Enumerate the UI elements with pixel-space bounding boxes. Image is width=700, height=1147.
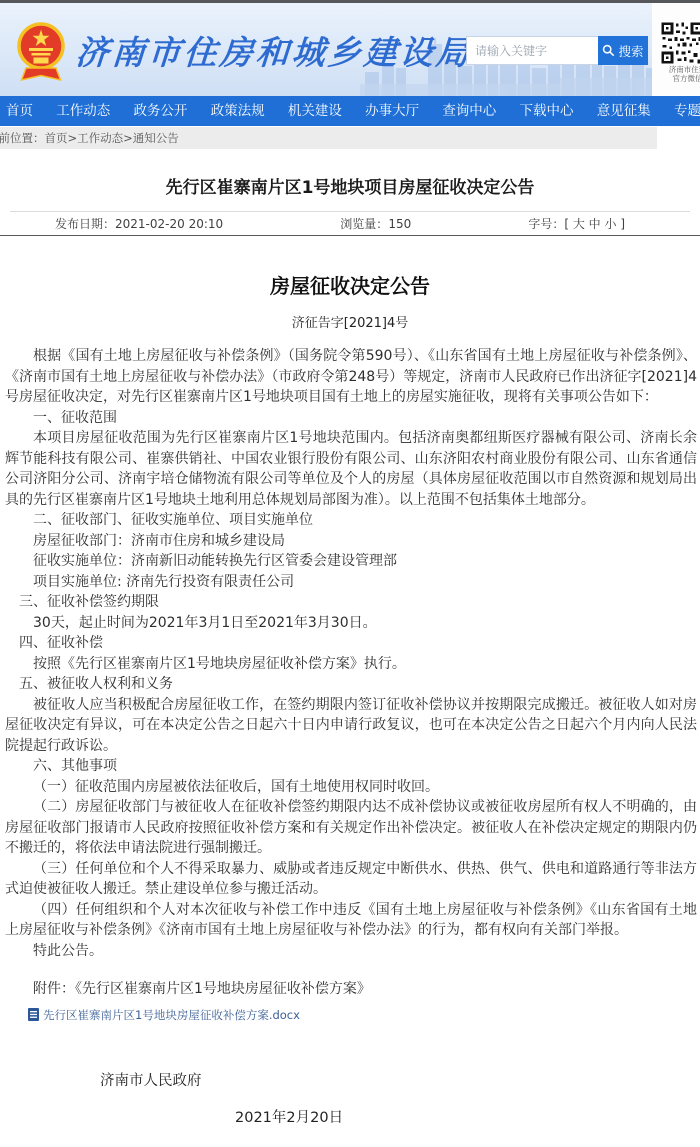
body-paragraph: 二、征收部门、征收实施单位、项目实施单位 [5, 510, 697, 531]
body-paragraph: 本项目房屋征收范围为先行区崔寨南片区1号地块范围内。包括济南奥都纽斯医疗器械有限… [5, 428, 697, 510]
qr-caption-line1: 济南市住建 [660, 65, 700, 74]
article-meta: 发布日期：2021-02-20 20:10 浏览量：150 字号：[ 大 中 小… [0, 212, 700, 235]
nav-item[interactable]: 首页 [6, 96, 33, 126]
nav-item[interactable]: 工作动态 [56, 96, 110, 126]
nav-item[interactable]: 下载中心 [520, 96, 574, 126]
breadcrumb-label: 当前位置： [0, 130, 45, 146]
search-button-label: 搜索 [618, 42, 643, 60]
body-paragraph: 一、征收范围 [5, 408, 697, 429]
site-logo[interactable] [16, 20, 66, 82]
body-paragraph: 四、征收补偿 [5, 633, 697, 654]
site-title: 济南市住房和城乡建设局 [74, 27, 473, 74]
body-paragraph: 特此公告。 [5, 941, 697, 962]
nav-item[interactable]: 办事大厅 [365, 96, 419, 126]
font-size-label: 字号： [528, 217, 564, 231]
word-doc-icon [28, 1008, 39, 1021]
search-button[interactable]: 搜索 [598, 36, 648, 65]
signature-date: 2021年2月20日 [235, 1106, 700, 1127]
signature-issuer: 济南市人民政府 [100, 1069, 700, 1090]
document-title: 房屋征收决定公告 [0, 270, 700, 299]
qr-caption-line2: 官方微信 [660, 74, 700, 83]
body-paragraph: 征收实施单位：济南新旧动能转换先行区管委会建设管理部 [5, 551, 697, 572]
search-input[interactable] [467, 37, 598, 64]
qr-code-icon [660, 21, 700, 65]
body-paragraph: 30天，起止时间为2021年3月1日至2021年3月30日。 [5, 613, 697, 634]
body-paragraph: （一）征收范围内房屋被依法征收后，国有土地使用权同时收回。 [5, 777, 697, 798]
body-paragraph: 按照《先行区崔寨南片区1号地块房屋征收补偿方案》执行。 [5, 654, 697, 675]
body-paragraph: （二）房屋征收部门与被征收人在征收补偿签约期限内达不成补偿协议或被征收房屋所有权… [5, 797, 697, 859]
body-paragraph: 三、征收补偿签约期限 [5, 592, 697, 613]
attachment-file-link[interactable]: 先行区崔寨南片区1号地块房屋征收补偿方案.docx [28, 1007, 700, 1023]
wechat-qr-block: 济南市住建 官方微信 [660, 21, 700, 83]
publish-date-label: 发布日期： [55, 217, 115, 231]
view-count-label: 浏览量： [340, 217, 388, 231]
article-body: 根据《国有土地上房屋征收与补偿条例》（国务院令第590号）、《山东省国有土地上房… [0, 346, 700, 1000]
view-count: 浏览量：150 [340, 215, 411, 232]
view-count-value: 150 [388, 217, 411, 231]
font-size-options[interactable]: [ 大 中 小 ] [564, 217, 625, 231]
breadcrumb: 当前位置： 首页>工作动态>通知公告 [0, 127, 657, 149]
nav-item[interactable]: 意见征集 [597, 96, 651, 126]
publish-date-value: 2021-02-20 20:10 [115, 217, 223, 231]
national-emblem-icon [16, 20, 66, 82]
nav-item[interactable]: 查询中心 [442, 96, 496, 126]
body-paragraph: 六、其他事项 [5, 756, 697, 777]
body-paragraph: （四）任何组织和个人对本次征收与补偿工作中违反《国有土地上房屋征收与补偿条例》《… [5, 900, 697, 941]
document-number: 济征告字[2021]4号 [0, 312, 700, 331]
nav-item[interactable]: 机关建设 [288, 96, 342, 126]
body-paragraph: （三）任何单位和个人不得采取暴力、威胁或者违反规定中断供水、供热、供气、供电和道… [5, 859, 697, 900]
body-paragraph: 五、被征收人权利和义务 [5, 674, 697, 695]
article: 先行区崔寨南片区1号地块项目房屋征收决定公告 发布日期：2021-02-20 2… [0, 149, 700, 1127]
site-header: 济南市住房和城乡建设局 搜索 [0, 3, 700, 96]
search-box [466, 36, 598, 65]
attachment-file-name: 先行区崔寨南片区1号地块房屋征收补偿方案.docx [43, 1007, 300, 1023]
body-paragraph: 房屋征收部门：济南市住房和城乡建设局 [5, 531, 697, 552]
body-paragraph: 项目实施单位: 济南先行投资有限责任公司 [5, 572, 697, 593]
publish-date: 发布日期：2021-02-20 20:10 [55, 215, 223, 232]
font-size-control[interactable]: 字号：[ 大 中 小 ] [528, 215, 625, 232]
breadcrumb-path[interactable]: 首页>工作动态>通知公告 [45, 130, 179, 146]
body-paragraph: 根据《国有土地上房屋征收与补偿条例》（国务院令第590号）、《山东省国有土地上房… [5, 346, 697, 408]
nav-item[interactable]: 专题专栏 [674, 96, 700, 126]
page-title: 先行区崔寨南片区1号地块项目房屋征收决定公告 [0, 173, 700, 198]
magnifier-icon [602, 44, 615, 57]
nav-item[interactable]: 政策法规 [211, 96, 265, 126]
main-nav: 首页工作动态政务公开政策法规机关建设办事大厅查询中心下载中心意见征集专题专栏 [0, 96, 700, 126]
body-paragraph: 附件：《先行区崔寨南片区1号地块房屋征收补偿方案》 [5, 979, 697, 1000]
body-paragraph: 被征收人应当积极配合房屋征收工作，在签约期限内签订征收补偿协议并按期限完成搬迁。… [5, 695, 697, 757]
divider [0, 235, 700, 236]
nav-item[interactable]: 政务公开 [133, 96, 187, 126]
